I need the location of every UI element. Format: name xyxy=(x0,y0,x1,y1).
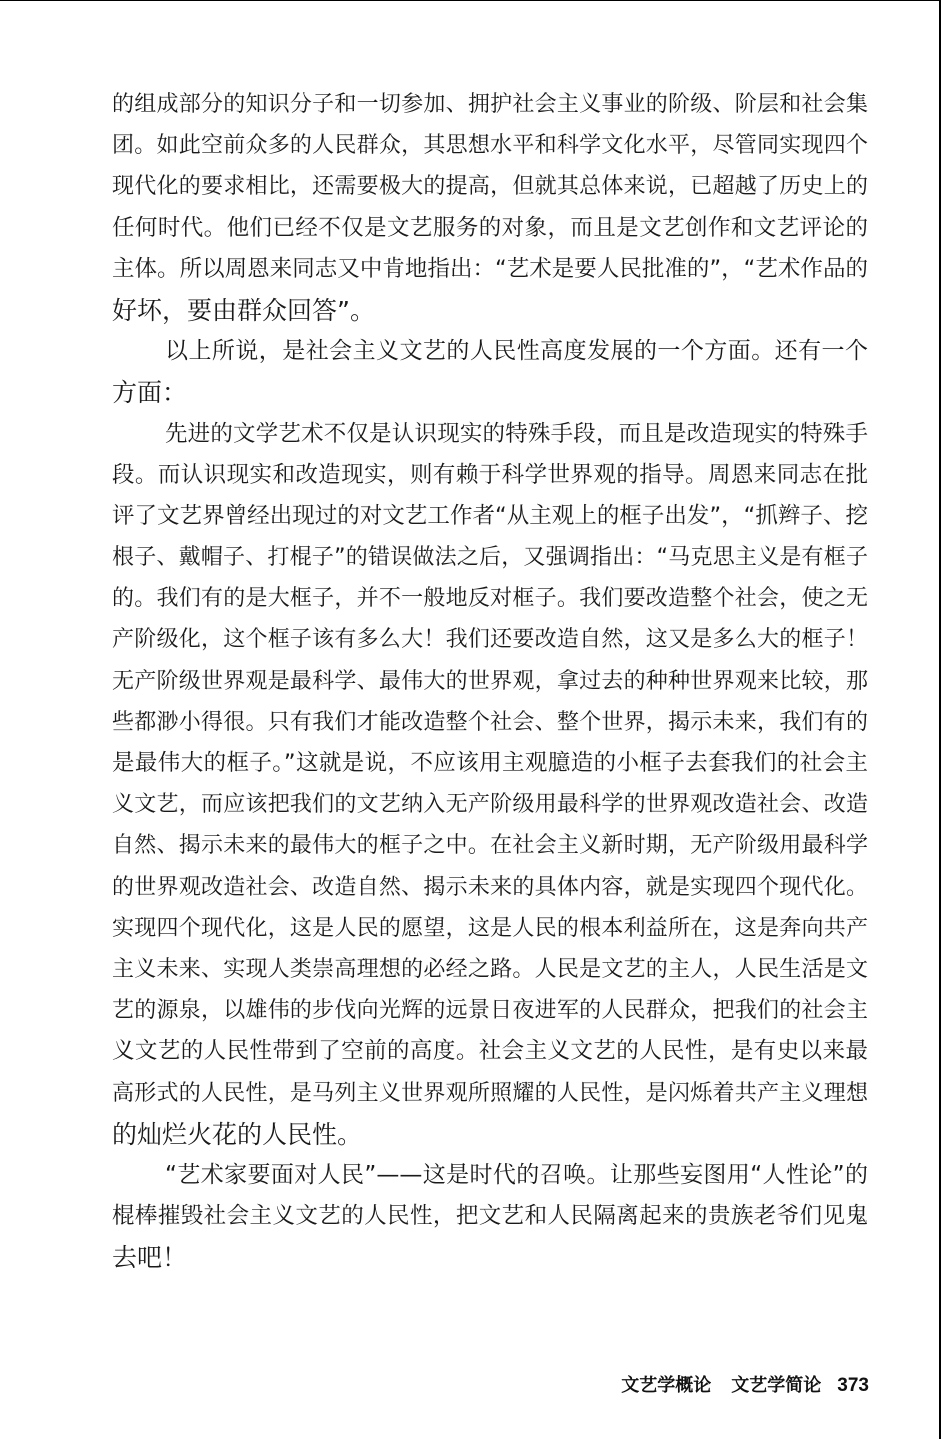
text-line: 团。如此空前众多的人民群众，其思想水平和科学文化水平，尽管同实现四个 xyxy=(112,125,868,166)
text-line: 现代化的要求相比，还需要极大的提高，但就其总体来说，已超越了历史上的 xyxy=(112,166,868,207)
text-line: 无产阶级世界观是最科学、最伟大的世界观，拿过去的种种世界观来比较，那 xyxy=(112,661,868,702)
text-line: “艺术家要面对人民”——这是时代的召唤。让那些妄图用“人性论”的 xyxy=(112,1155,868,1196)
text-line: 任何时代。他们已经不仅是文艺服务的对象，而且是文艺创作和文艺评论的 xyxy=(112,208,868,249)
text-line: 些都渺小得很。只有我们才能改造整个社会、整个世界，揭示未来，我们有的 xyxy=(112,702,868,743)
text-line: 主体。所以周恩来同志又中肯地指出：“艺术是要人民批准的”，“艺术作品的 xyxy=(112,249,868,290)
footer-book-title-1: 文艺学概论 xyxy=(621,1371,711,1397)
text-line: 的组成部分的知识分子和一切参加、拥护社会主义事业的阶级、阶层和社会集 xyxy=(112,84,868,125)
page-footer: 文艺学概论文艺学简论373 xyxy=(621,1371,869,1397)
text-line: 段。而认识现实和改造现实，则有赖于科学世界观的指导。周恩来同志在批 xyxy=(112,455,868,496)
text-line: 的灿烂火花的人民性。 xyxy=(112,1114,868,1155)
footer-book-title-2: 文艺学简论 xyxy=(731,1371,821,1397)
text-line: 根子、戴帽子、打棍子”的错误做法之后，又强调指出：“马克思主义是有框子 xyxy=(112,537,868,578)
text-line: 实现四个现代化，这是人民的愿望，这是人民的根本利益所在，这是奔向共产 xyxy=(112,908,868,949)
text-line: 方面： xyxy=(112,372,868,413)
text-line: 先进的文学艺术不仅是认识现实的特殊手段，而且是改造现实的特殊手 xyxy=(112,414,868,455)
text-line: 棍棒摧毁社会主义文艺的人民性，把文艺和人民隔离起来的贵族老爷们见鬼 xyxy=(112,1196,868,1237)
page-number: 373 xyxy=(837,1375,869,1397)
text-line: 高形式的人民性，是马列主义世界观所照耀的人民性，是闪烁着共产主义理想 xyxy=(112,1073,868,1114)
text-line: 艺的源泉，以雄伟的步伐向光辉的远景日夜进军的人民群众，把我们的社会主 xyxy=(112,990,868,1031)
text-line: 自然、揭示未来的最伟大的框子之中。在社会主义新时期，无产阶级用最科学 xyxy=(112,825,868,866)
text-line: 是最伟大的框子。”这就是说，不应该用主观臆造的小框子去套我们的社会主 xyxy=(112,743,868,784)
body-text: 的组成部分的知识分子和一切参加、拥护社会主义事业的阶级、阶层和社会集团。如此空前… xyxy=(112,84,868,1278)
text-line: 义文艺，而应该把我们的文艺纳入无产阶级用最科学的世界观改造社会、改造 xyxy=(112,784,868,825)
text-line: 去吧！ xyxy=(112,1237,868,1278)
book-page: 的组成部分的知识分子和一切参加、拥护社会主义事业的阶级、阶层和社会集团。如此空前… xyxy=(0,0,941,1439)
text-line: 好坏，要由群众回答”。 xyxy=(112,290,868,331)
text-line: 义文艺的人民性带到了空前的高度。社会主义文艺的人民性，是有史以来最 xyxy=(112,1031,868,1072)
text-line: 评了文艺界曾经出现过的对文艺工作者“从主观上的框子出发”，“抓辫子、挖 xyxy=(112,496,868,537)
text-line: 产阶级化，这个框子该有多么大！我们还要改造自然，这又是多么大的框子！ xyxy=(112,619,868,660)
text-line: 的。我们有的是大框子，并不一般地反对框子。我们要改造整个社会，使之无 xyxy=(112,578,868,619)
text-line: 以上所说，是社会主义文艺的人民性高度发展的一个方面。还有一个 xyxy=(112,331,868,372)
text-line: 的世界观改造社会、改造自然、揭示未来的具体内容，就是实现四个现代化。 xyxy=(112,867,868,908)
text-line: 主义未来、实现人类崇高理想的必经之路。人民是文艺的主人，人民生活是文 xyxy=(112,949,868,990)
